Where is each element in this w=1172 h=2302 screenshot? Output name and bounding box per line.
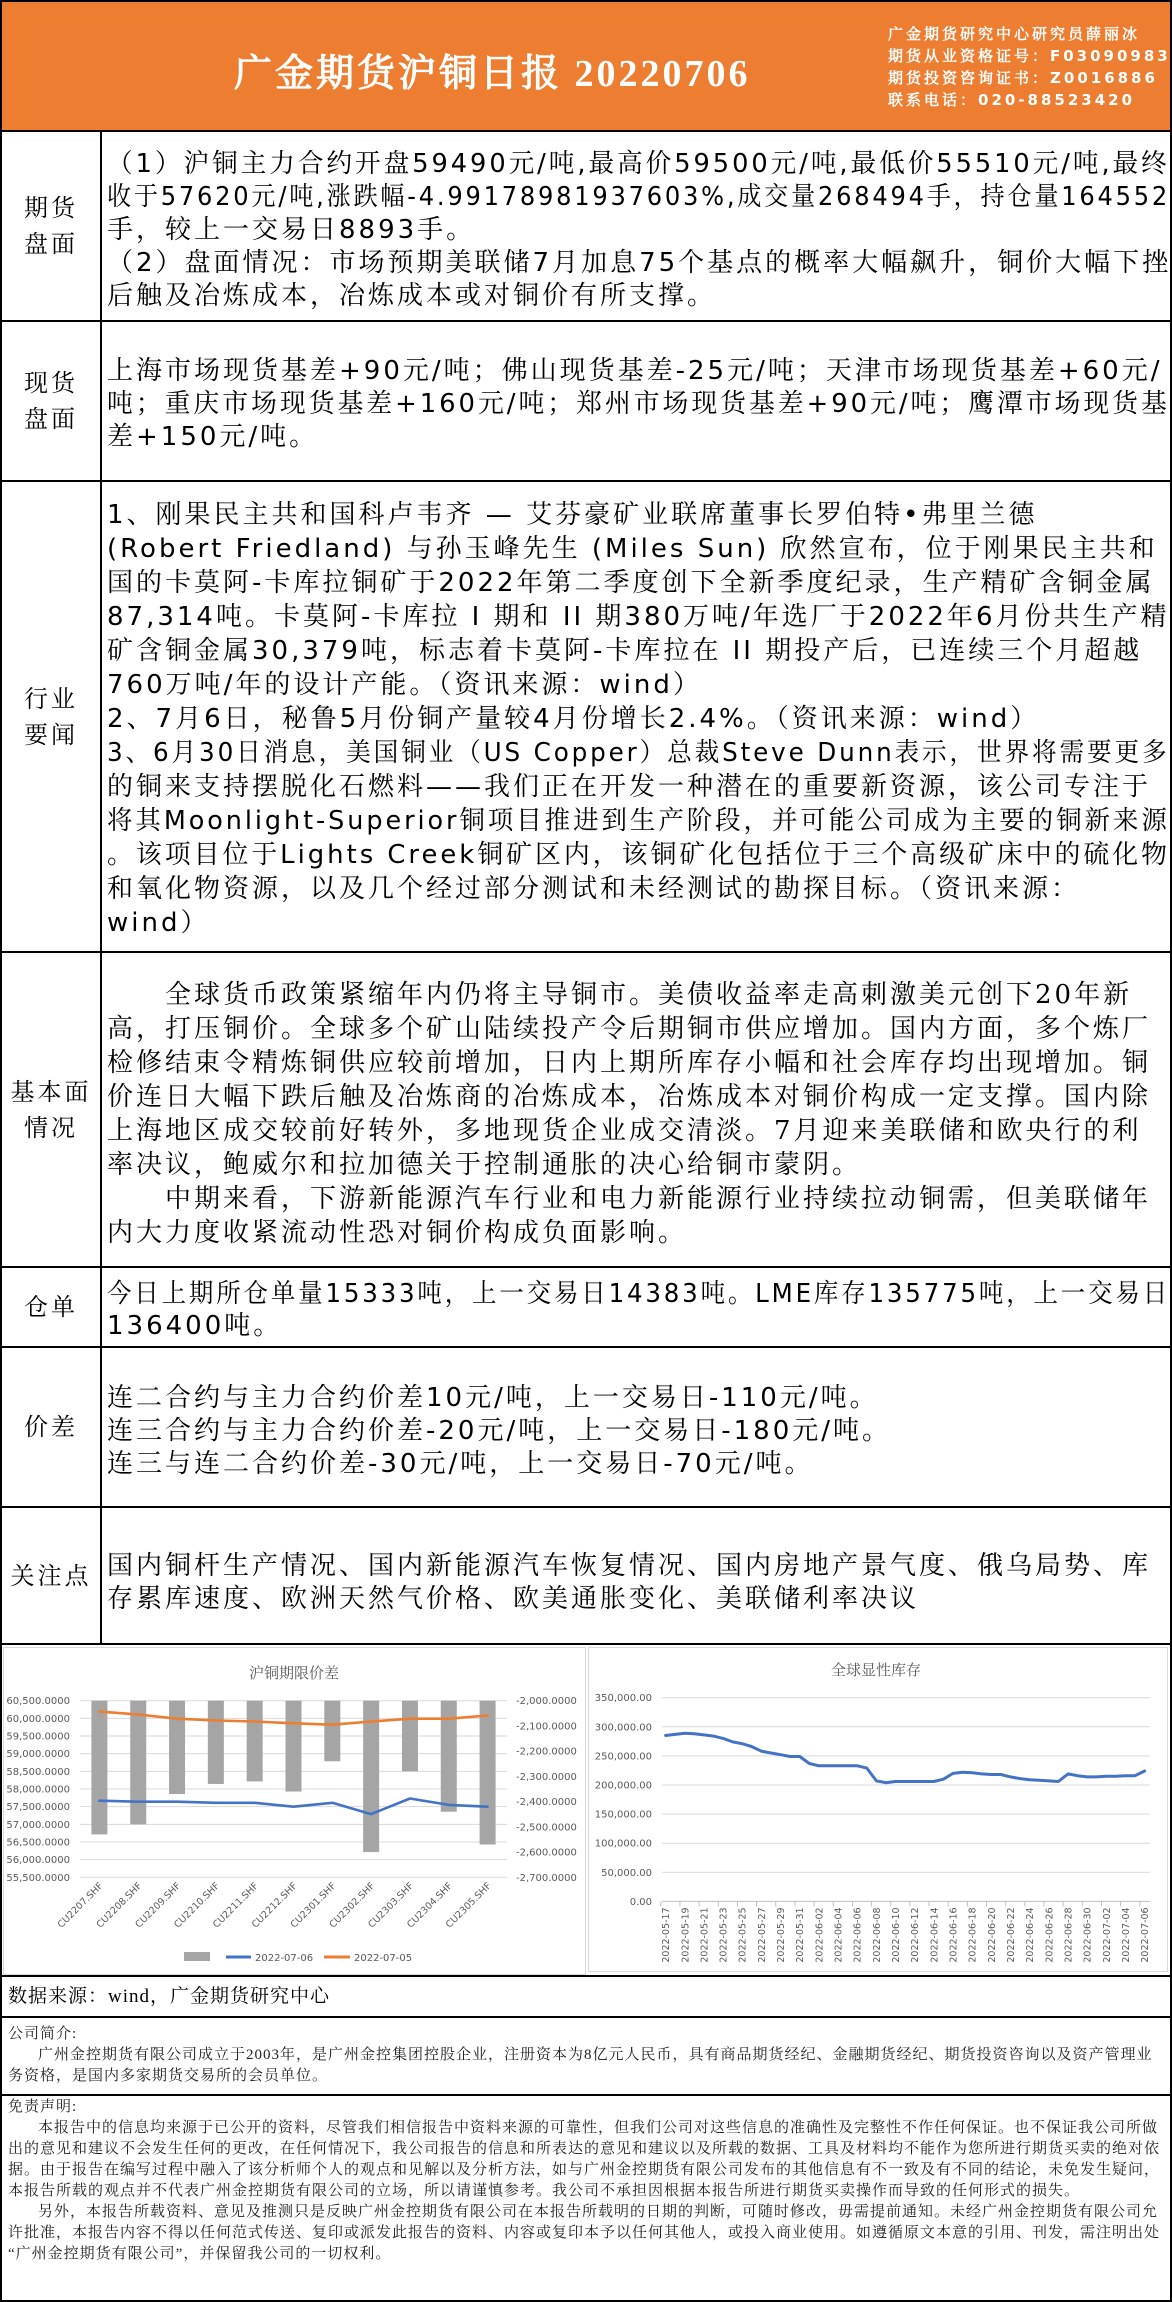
y-axis-left-tick: 59,500.0000 [6,1732,70,1743]
text-line: 国的卡莫阿-卡库拉铜矿于2022年第二季度创下全新季度纪录，生产精矿含铜金属 [107,566,1170,600]
text-line: 上海地区成交较前好转外，多地现货企业成交清淡。7月迎来美联储和欧央行的利 [107,1114,1170,1148]
bar [208,1701,224,1784]
x-axis-tick: 2022-06-22 [1006,1907,1017,1962]
text-line: (Robert Friedland) 与孙玉峰先生 (Miles Sun) 欣然… [107,532,1170,566]
x-axis-tick: 2022-06-04 [834,1907,845,1962]
y-axis-tick: 150,000.00 [595,1810,652,1821]
section-content: 国内铜杆生产情况、国内新能源汽车恢复情况、国内房地产景气度、俄乌局势、库 存累库… [102,1508,1170,1643]
x-axis-tick: 2022-07-04 [1121,1907,1132,1962]
y-axis-left-tick: 58,500.0000 [6,1767,70,1778]
x-axis-tick: 2022-06-30 [1083,1907,1094,1962]
text-line: 手，较上一交易日8893手。 [107,214,1170,247]
section-label: 行业 要闻 [2,482,102,951]
company-intro: 公司简介: 广州金控期货有限公司成立于2003年，是广州金控集团控股企业，注册资… [0,2018,1172,2096]
y-axis-left-tick: 55,500.0000 [6,1873,70,1884]
text-line: “广州金控期货有限公司”，并保留我公司的一切权利。 [8,2244,1170,2265]
text-line: 3、6月30日消息，美国铜业（US Copper）总裁Steve Dunn表示，… [107,736,1115,770]
bar [169,1701,185,1794]
series-line [666,1733,1145,1783]
text-line: 连二合约与主力合约价差10元/吨，上一交易日-110元/吨。 [107,1382,1170,1415]
x-axis-tick: 2022-05-31 [795,1907,806,1962]
y-axis-right-tick: -2,600.0000 [516,1848,577,1859]
text-line: 全球货币政策紧缩年内仍将主导铜市。美债收益率走高刺激美元创下20年新 [107,978,1170,1012]
text-line: 差+150元/吨。 [107,421,1170,454]
text-line: 矿含铜金属30,379吨，标志着卡莫阿-卡库拉在 II 期投产后，已连续三个月超… [107,634,1170,668]
analyst-info: 广金期货研究中心研究员薛丽冰 期货从业资格证号：F03090983 期货投资咨询… [888,23,1171,111]
text-line: 连三合约与主力合约价差-20元/吨，上一交易日-180元/吨。 [107,1415,1170,1448]
text-line: 136400吨。 [107,1310,1170,1342]
bar [363,1701,379,1852]
text-line: 国内铜杆生产情况、国内新能源汽车恢复情况、国内房地产景气度、俄乌局势、库 [107,1550,1170,1583]
chart-futures-spread-canvas: 沪铜期限价差60,500.000060,000.000059,500.00005… [4,1648,585,1974]
text-line: 价连日大幅下跌后触及冶炼商的冶炼成本，冶炼成本对铜价构成一定支撑。国内除 [107,1080,1170,1114]
section-label: 现货 盘面 [2,322,102,480]
section-label-line: 行业 [24,681,78,717]
y-axis-tick: 250,000.00 [595,1751,652,1762]
y-axis-right-tick: -2,500.0000 [516,1822,577,1833]
section-label-line: 情况 [24,1110,78,1146]
y-axis-left-tick: 60,500.0000 [6,1696,70,1707]
x-axis-tick: 2022-05-29 [776,1907,787,1962]
x-axis-tick: 2022-05-17 [661,1907,672,1962]
chart-global-inventory: 全球显性库存350,000.00300,000.00250,000.00200,… [588,1647,1168,1972]
bar [286,1701,302,1792]
x-axis-tick: 2022-06-02 [814,1907,825,1962]
report-header: 广金期货沪铜日报 20220706 广金期货研究中心研究员薛丽冰 期货从业资格证… [0,0,1172,132]
x-axis-tick: 2022-05-19 [680,1907,691,1962]
y-axis-right-tick: -2,700.0000 [516,1873,577,1884]
report-title: 广金期货沪铜日报 20220706 [234,42,751,97]
y-axis-right-tick: -2,400.0000 [516,1797,577,1808]
qualification-number: 期货从业资格证号：F03090983 [888,45,1171,67]
text-line: 本报告中的信息均来源于已公开的资料，尽管我们相信报告中资料来源的可靠性，但我们公… [8,2118,1170,2139]
bar [91,1701,107,1835]
text-line: 连三与连二合约价差-30元/吨，上一交易日-70元/吨。 [107,1448,1170,1481]
x-axis-tick: 2022-06-24 [1025,1907,1036,1962]
section-spreads: 价差 连二合约与主力合约价差10元/吨，上一交易日-110元/吨。 连三合约与主… [0,1348,1172,1508]
text-line: 许批准，本报告内容不得以任何范式传送、复印或派发此报告的资料、内容或复印本予以任… [8,2223,1170,2244]
section-content: 上海市场现货基差+90元/吨；佛山现货基差-25元/吨；天津市场现货基差+60元… [102,322,1170,480]
daily-report-page: 广金期货沪铜日报 20220706 广金期货研究中心研究员薛丽冰 期货从业资格证… [0,0,1172,2302]
chart-global-inventory-canvas: 全球显性库存350,000.00300,000.00250,000.00200,… [589,1648,1167,1971]
section-label-line: 盘面 [24,226,78,262]
chart-title: 全球显性库存 [831,1661,921,1679]
text-line: 检修结束令精炼铜供应较前增加，日内上期所库存小幅和社会库存均出现增加。铜 [107,1046,1170,1080]
text-line: 存累库速度、欧洲天然气价格、欧美通胀变化、美联储利率决议 [107,1583,1170,1616]
section-label-line: 要闻 [24,717,78,753]
text-line: 1、刚果民主共和国科卢韦齐 — 艾芬豪矿业联席董事长罗伯特•弗里兰德 [107,498,1170,532]
section-label-line: 现货 [24,365,78,401]
x-axis-tick: 2022-05-23 [719,1907,730,1962]
legend-label: 2022-07-06 [255,1953,313,1964]
text-line: 87,314吨。卡莫阿-卡库拉 I 期和 II 期380万吨/年选厂于2022年… [107,600,1170,634]
legend-swatch-bar [184,1952,210,1961]
x-axis-tick: 2022-06-16 [949,1907,960,1962]
text-line: 本报告所载的观点并不代表广州金控期货有限公司的立场，所以请谨慎参考。我公司不承担… [8,2181,1170,2202]
text-line: 吨；重庆市场现货基差+160元/吨；郑州市场现货基差+90元/吨；鹰潭市场现货基 [107,388,1163,421]
text-line: 2、7月6日，秘鲁5月份铜产量较4月份增长2.4%。（资讯来源：wind） [107,702,1170,736]
bar [324,1701,340,1762]
section-content: 全球货币政策紧缩年内仍将主导铜市。美债收益率走高刺激美元创下20年新 高，打压铜… [102,953,1170,1266]
text-line: 中期来看，下游新能源汽车行业和电力新能源行业持续拉动铜需，但美联储年 [107,1182,1170,1216]
y-axis-tick: 200,000.00 [595,1781,652,1792]
analyst-name: 广金期货研究中心研究员薛丽冰 [888,23,1171,45]
x-axis-tick: 2022-07-06 [1140,1907,1151,1962]
section-label: 价差 [2,1348,102,1506]
y-axis-left-tick: 57,500.0000 [6,1802,70,1813]
y-axis-left-tick: 59,000.0000 [6,1749,70,1760]
y-axis-right-tick: -2,100.0000 [516,1721,577,1732]
text-line: （1）沪铜主力合约开盘59490元/吨,最高价59500元/吨,最低价55510… [107,148,1155,181]
text-line: 广州金控期货有限公司成立于2003年，是广州金控集团控股企业，注册资本为8亿元人… [8,2045,1170,2066]
x-axis-tick: 2022-07-02 [1102,1907,1113,1962]
y-axis-tick: 0.00 [630,1897,652,1908]
section-fundamentals: 基本面 情况 全球货币政策紧缩年内仍将主导铜市。美债收益率走高刺激美元创下20年… [0,953,1172,1268]
y-axis-left-tick: 60,000.0000 [6,1714,70,1725]
x-axis-tick: 2022-05-25 [738,1907,749,1962]
section-content: 连二合约与主力合约价差10元/吨，上一交易日-110元/吨。 连三合约与主力合约… [102,1348,1170,1506]
x-axis-tick: 2022-06-26 [1044,1907,1055,1962]
section-label-line: 期货 [24,190,78,226]
section-focus-points: 关注点 国内铜杆生产情况、国内新能源汽车恢复情况、国内房地产景气度、俄乌局势、库… [0,1508,1172,1645]
section-label-line: 价差 [24,1409,78,1445]
section-warehouse-receipts: 仓单 今日上期所仓单量15333吨，上一交易日14383吨。LME库存13577… [0,1268,1172,1348]
x-axis-tick: 2022-06-12 [910,1907,921,1962]
y-axis-left-tick: 56,000.0000 [6,1855,70,1866]
section-content: （1）沪铜主力合约开盘59490元/吨,最高价59500元/吨,最低价55510… [102,132,1170,320]
y-axis-tick: 300,000.00 [595,1722,652,1733]
x-axis-tick: 2022-06-10 [891,1907,902,1962]
chart-title: 沪铜期限价差 [249,1664,339,1682]
x-axis-tick: 2022-05-27 [757,1907,768,1962]
chart-futures-spread: 沪铜期限价差60,500.000060,000.000059,500.00005… [3,1647,586,1975]
text-line: （2）盘面情况：市场预期美联储7月加息75个基点的概率大幅飙升，铜价大幅下挫 [107,247,1170,280]
data-source-text: 数据来源：wind，广金期货研究中心 [8,1986,330,2007]
section-label-line: 仓单 [24,1289,78,1325]
section-content: 1、刚果民主共和国科卢韦齐 — 艾芬豪矿业联席董事长罗伯特•弗里兰德 (Robe… [102,482,1170,951]
text-line: 。该项目位于Lights Creek铜矿区内，该铜矿化包括位于三个高级矿床中的硫… [107,838,1165,872]
text-line: 和氧化物资源，以及几个经过部分测试和未经测试的勘探目标。（资讯来源： [107,872,1170,906]
text-line: 760万吨/年的设计产能。（资讯来源：wind） [107,668,1170,702]
text-line: wind） [107,906,1170,940]
y-axis-right-tick: -2,200.0000 [516,1747,577,1758]
y-axis-left-tick: 57,000.0000 [6,1820,70,1831]
section-spot-market: 现货 盘面 上海市场现货基差+90元/吨；佛山现货基差-25元/吨；天津市场现货… [0,322,1172,482]
section-label-line: 基本面 [11,1074,92,1110]
text-line: 务资格，是国内多家期货交易所的会员单位。 [8,2066,1170,2087]
text-line: 上海市场现货基差+90元/吨；佛山现货基差-25元/吨；天津市场现货基差+60元… [107,355,1170,388]
y-axis-right-tick: -2,300.0000 [516,1772,577,1783]
y-axis-tick: 100,000.00 [595,1839,652,1850]
y-axis-left-tick: 56,500.0000 [6,1837,70,1848]
y-axis-tick: 350,000.00 [595,1693,652,1704]
text-line: 率决议，鲍威尔和拉加德关于控制通胀的决心给铜市蒙阴。 [107,1148,1170,1182]
bar [480,1701,496,1845]
section-label: 仓单 [2,1268,102,1346]
x-axis-tick: 2022-06-08 [872,1907,883,1962]
text-line: 收于57620元/吨,涨跌幅-4.99178981937603%,成交量2684… [107,181,1093,214]
section-label: 关注点 [2,1508,102,1643]
text-line: 后触及冶炼成本，冶炼成本或对铜价有所支撑。 [107,280,1170,313]
y-axis-tick: 50,000.00 [601,1868,652,1879]
section-label: 基本面 情况 [2,953,102,1266]
section-label: 期货 盘面 [2,132,102,320]
text-line: 出的意见和建议不会发生任何的更改，在任何情况下，我公司报告的信息和所表达的意见和… [8,2139,1170,2160]
data-source-row: 数据来源：wind，广金期货研究中心 [0,1977,1172,2018]
disclaimer: 免责声明: 本报告中的信息均来源于已公开的资料，尽管我们相信报告中资料来源的可靠… [0,2096,1172,2302]
y-axis-left-tick: 58,000.0000 [6,1785,70,1796]
text-line: 据。由于报告在编写过程中融入了该分析师个人的观点和见解以及分析方法，如与广州金控… [8,2160,1170,2181]
section-futures-market: 期货 盘面 （1）沪铜主力合约开盘59490元/吨,最高价59500元/吨,最低… [0,132,1172,322]
text-line: 今日上期所仓单量15333吨，上一交易日14383吨。LME库存135775吨，… [107,1278,1108,1310]
x-axis-tick: 2022-06-18 [968,1907,979,1962]
x-axis-tick: 2022-06-20 [987,1907,998,1962]
section-content: 今日上期所仓单量15333吨，上一交易日14383吨。LME库存135775吨，… [102,1268,1170,1346]
section-label-line: 关注点 [11,1558,92,1594]
x-axis-tick: 2022-06-14 [929,1907,940,1962]
section-label-line: 盘面 [24,401,78,437]
x-axis-tick: 2022-06-28 [1063,1907,1074,1962]
disclaimer-title: 免责声明: [8,2097,1170,2118]
text-line: 高，打压铜价。全球多个矿山陆续投产令后期铜市供应增加。国内方面，多个炼厂 [107,1012,1170,1046]
text-line: 另外，本报告所载资料、意见及推测只是反映广州金控期货有限公司在本报告所载明的日期… [8,2202,1170,2223]
company-intro-title: 公司简介: [8,2024,1170,2045]
y-axis-right-tick: -2,000.0000 [516,1696,577,1707]
section-industry-news: 行业 要闻 1、刚果民主共和国科卢韦齐 — 艾芬豪矿业联席董事长罗伯特•弗里兰德… [0,482,1172,953]
consulting-certificate: 期货投资咨询证书：Z0016886 [888,67,1171,89]
bar [247,1701,263,1782]
bar [402,1701,418,1772]
x-axis-tick: 2022-05-21 [699,1907,710,1962]
bar [130,1701,146,1825]
text-line: 将其Moonlight-Superior铜项目推进到生产阶段，并可能公司成为主要… [107,804,1148,838]
text-line: 内大力度收紧流动性恐对铜价构成负面影响。 [107,1216,1170,1250]
legend-label: 2022-07-05 [354,1953,412,1964]
contact-phone: 联系电话：020-88523420 [888,89,1171,111]
x-axis-tick: 2022-06-06 [853,1907,864,1962]
text-line: 的铜来支持摆脱化石燃料——我们正在开发一种潜在的重要新资源，该公司专注于 [107,770,1170,804]
